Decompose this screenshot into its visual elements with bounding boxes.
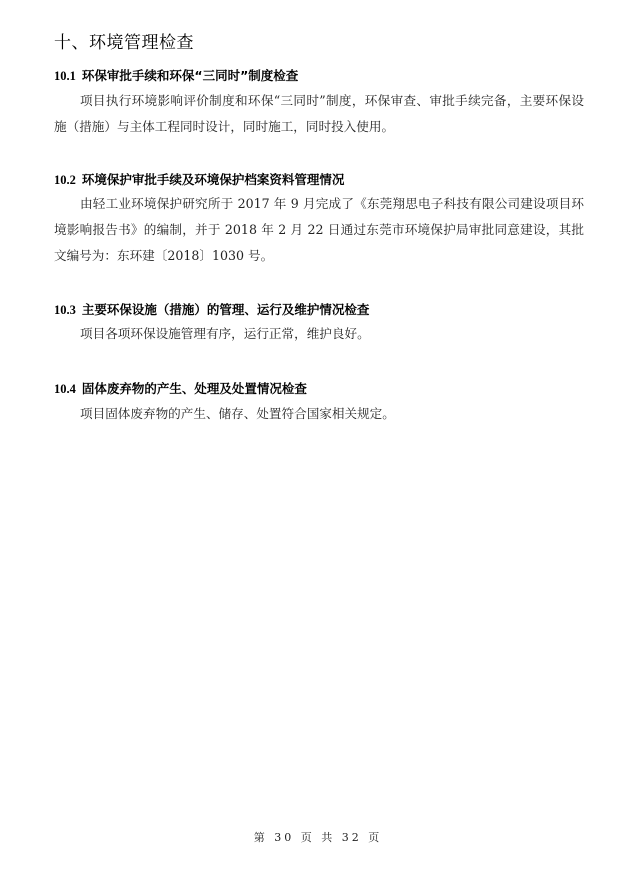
document-page: 十、环境管理检查 10.1环保审批手续和环保“三同时”制度检查 项目执行环境影响… xyxy=(0,0,636,887)
section-number: 10.3 xyxy=(54,303,76,317)
section-number: 10.1 xyxy=(54,69,76,83)
section-title: 环保审批手续和环保“三同时”制度检查 xyxy=(82,68,298,83)
section-body-10-1: 项目执行环境影响评价制度和环保“三同时”制度，环保审查、审批手续完备，主要环保设… xyxy=(54,88,584,140)
section-number: 10.2 xyxy=(54,173,76,187)
section-body-10-4: 项目固体废弃物的产生、储存、处置符合国家相关规定。 xyxy=(54,401,584,427)
section-title: 主要环保设施（措施）的管理、运行及维护情况检查 xyxy=(82,302,370,317)
page-footer: 第 30 页 共 32 页 xyxy=(0,829,636,845)
section-body-10-3: 项目各项环保设施管理有序，运行正常，维护良好。 xyxy=(54,321,584,347)
section-heading-10-2: 10.2环境保护审批手续及环境保护档案资料管理情况 xyxy=(54,170,344,188)
section-title: 环境保护审批手续及环境保护档案资料管理情况 xyxy=(82,172,345,187)
section-heading-10-4: 10.4固体废弃物的产生、处理及处置情况检查 xyxy=(54,379,307,397)
section-heading-10-3: 10.3主要环保设施（措施）的管理、运行及维护情况检查 xyxy=(54,300,369,318)
section-heading-10-1: 10.1环保审批手续和环保“三同时”制度检查 xyxy=(54,66,298,84)
chapter-title: 十、环境管理检查 xyxy=(54,28,194,53)
section-title: 固体废弃物的产生、处理及处置情况检查 xyxy=(82,381,307,396)
section-body-10-2: 由轻工业环境保护研究所于 2017 年 9 月完成了《东莞翔思电子科技有限公司建… xyxy=(54,191,584,269)
section-number: 10.4 xyxy=(54,382,76,396)
